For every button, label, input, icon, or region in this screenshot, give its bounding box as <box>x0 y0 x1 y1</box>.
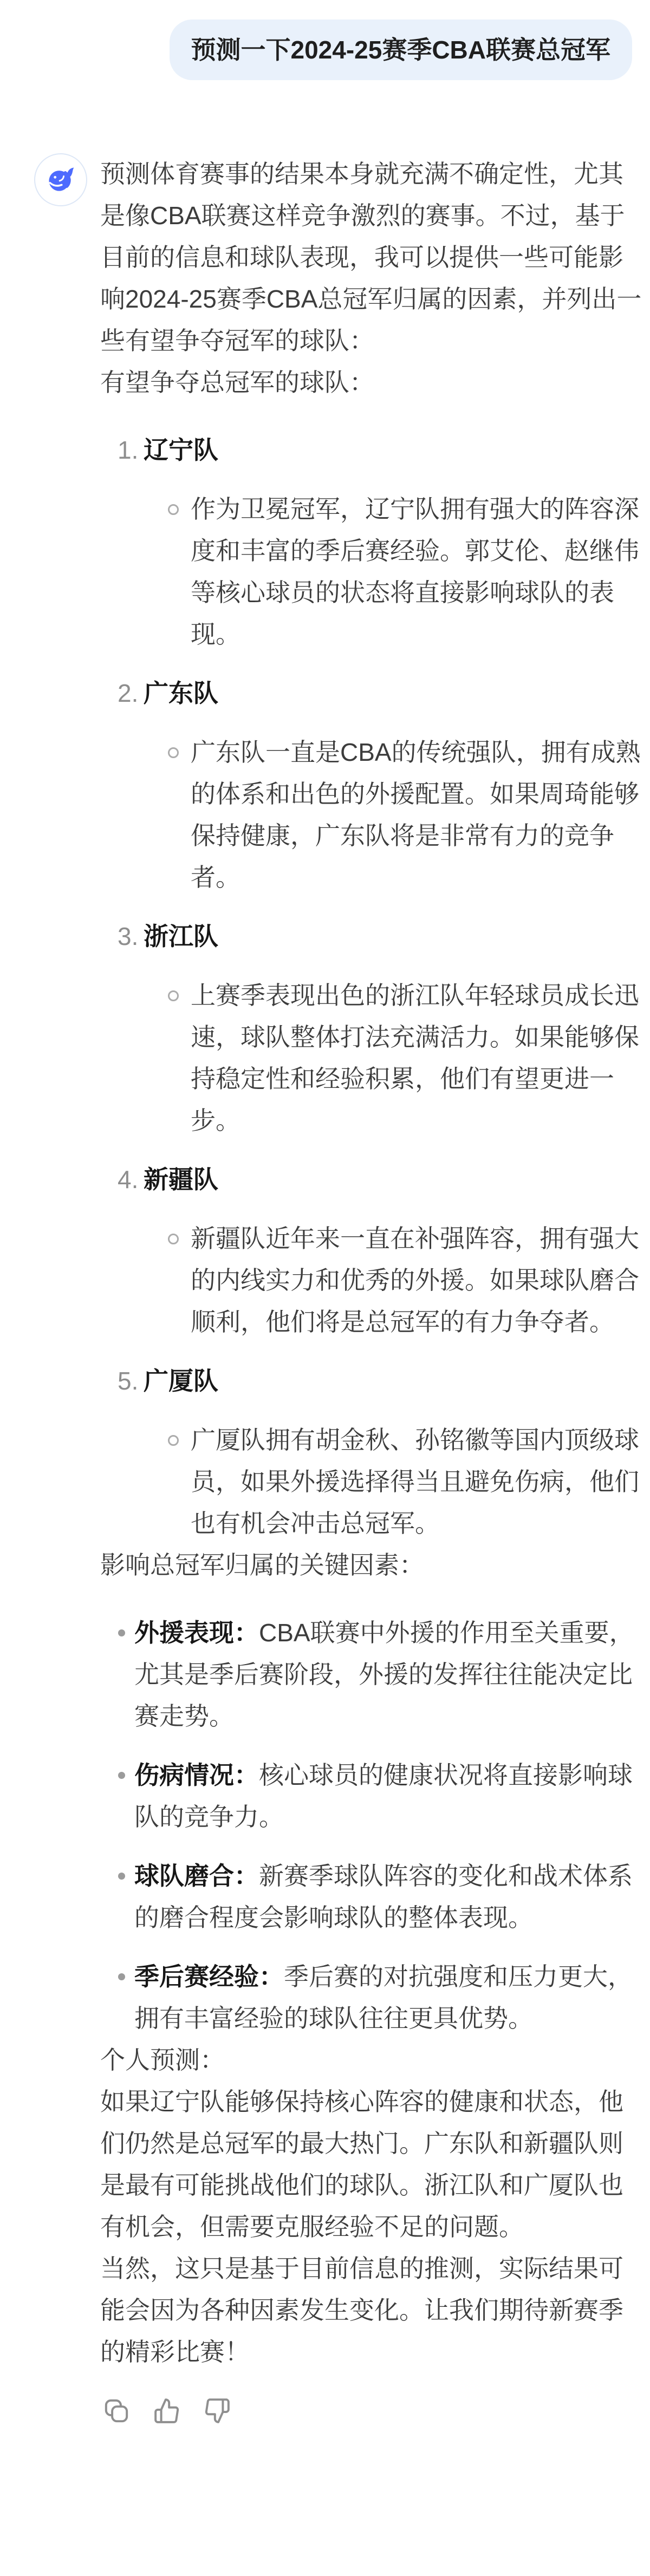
factors-list: 外援表现：CBA联赛中外援的作用至关重要，尤其是季后赛阶段，外援的发挥往往能决定… <box>100 1612 642 2039</box>
circle-bullet-icon <box>168 990 179 1001</box>
prediction-section-title: 个人预测： <box>100 2039 642 2081</box>
factor-label: 外援表现： <box>134 1619 259 1647</box>
teams-section-title: 有望争夺总冠军的球队： <box>100 362 642 403</box>
prediction-paragraph: 如果辽宁队能够保持核心阵容的健康和状态，他们仍然是总冠军的最大热门。广东队和新疆… <box>100 2081 642 2248</box>
team-item: 1. 辽宁队 作为卫冕冠军，辽宁队拥有强大的阵容深度和丰富的季后赛经验。郭艾伦、… <box>100 429 642 655</box>
deepseek-whale-icon <box>44 164 77 196</box>
team-description: 广东队一直是CBA的传统强队，拥有成熟的体系和出色的外援配置。如果周琦能够保持健… <box>191 732 642 898</box>
closing-paragraph: 当然，这只是基于目前信息的推测，实际结果可能会因为各种因素发生变化。让我们期待新… <box>100 2248 642 2373</box>
team-description: 新疆队近年来一直在补强阵容，拥有强大的内线实力和优秀的外援。如果球队磨合顺利，他… <box>191 1218 642 1343</box>
factor-item: 季后赛经验：季后赛的对抗强度和压力更大，拥有丰富经验的球队往往更具优势。 <box>100 1956 642 2039</box>
team-name: 浙江队 <box>144 916 218 957</box>
team-number: 2. <box>118 673 144 714</box>
team-name: 新疆队 <box>144 1159 218 1201</box>
circle-bullet-icon <box>168 747 179 758</box>
team-description: 广厦队拥有胡金秋、孙铭徽等国内顶级球员，如果外援选择得当且避免伤病，他们也有机会… <box>191 1419 642 1544</box>
factors-section-title: 影响总冠军归属的关键因素： <box>100 1544 642 1586</box>
intro-paragraph: 预测体育赛事的结果本身就充满不确定性，尤其是像CBA联赛这样竞争激烈的赛事。不过… <box>100 153 642 362</box>
thumbs-up-button[interactable] <box>153 2397 180 2424</box>
circle-bullet-icon <box>168 504 179 515</box>
assistant-message-row: 预测体育赛事的结果本身就充满不确定性，尤其是像CBA联赛这样竞争激烈的赛事。不过… <box>0 153 650 2424</box>
dot-bullet-icon <box>118 1873 125 1880</box>
dot-bullet-icon <box>118 1629 125 1636</box>
team-number: 3. <box>118 916 144 957</box>
assistant-avatar <box>34 153 87 206</box>
factor-item: 外援表现：CBA联赛中外援的作用至关重要，尤其是季后赛阶段，外援的发挥往往能决定… <box>100 1612 642 1737</box>
factor-label: 伤病情况： <box>134 1761 259 1789</box>
message-actions <box>100 2397 642 2424</box>
dot-bullet-icon <box>118 1973 125 1980</box>
circle-bullet-icon <box>168 1234 179 1244</box>
team-number: 1. <box>118 429 144 471</box>
team-item: 3. 浙江队 上赛季表现出色的浙江队年轻球员成长迅速，球队整体打法充满活力。如果… <box>100 916 642 1142</box>
factor-item: 伤病情况：核心球员的健康状况将直接影响球队的竞争力。 <box>100 1755 642 1838</box>
thumbs-down-button[interactable] <box>204 2397 231 2424</box>
team-description: 作为卫冕冠军，辽宁队拥有强大的阵容深度和丰富的季后赛经验。郭艾伦、赵继伟等核心球… <box>191 488 642 655</box>
user-message-text: 预测一下2024-25赛季CBA联赛总冠军 <box>191 36 610 64</box>
team-name: 辽宁队 <box>144 429 218 471</box>
team-number: 5. <box>118 1360 144 1402</box>
user-message-bubble: 预测一下2024-25赛季CBA联赛总冠军 <box>170 19 632 80</box>
factor-item: 球队磨合：新赛季球队阵容的变化和战术体系的磨合程度会影响球队的整体表现。 <box>100 1855 642 1939</box>
circle-bullet-icon <box>168 1435 179 1446</box>
team-name: 广厦队 <box>144 1360 218 1402</box>
factor-label: 球队磨合： <box>134 1862 259 1890</box>
team-item: 4. 新疆队 新疆队近年来一直在补强阵容，拥有强大的内线实力和优秀的外援。如果球… <box>100 1159 642 1343</box>
copy-button[interactable] <box>103 2397 130 2424</box>
team-number: 4. <box>118 1159 144 1201</box>
team-item: 5. 广厦队 广厦队拥有胡金秋、孙铭徽等国内顶级球员，如果外援选择得当且避免伤病… <box>100 1360 642 1544</box>
team-item: 2. 广东队 广东队一直是CBA的传统强队，拥有成熟的体系和出色的外援配置。如果… <box>100 673 642 898</box>
chat-thread: 预测一下2024-25赛季CBA联赛总冠军 预测体育赛事的结果本身就充满不确定性… <box>0 0 650 2446</box>
thumbs-down-icon <box>204 2397 231 2424</box>
teams-list: 1. 辽宁队 作为卫冕冠军，辽宁队拥有强大的阵容深度和丰富的季后赛经验。郭艾伦、… <box>100 429 642 1544</box>
assistant-message-content: 预测体育赛事的结果本身就充满不确定性，尤其是像CBA联赛这样竞争激烈的赛事。不过… <box>100 153 642 2424</box>
factor-label: 季后赛经验： <box>134 1962 284 1991</box>
team-name: 广东队 <box>144 673 218 714</box>
team-description: 上赛季表现出色的浙江队年轻球员成长迅速，球队整体打法充满活力。如果能够保持稳定性… <box>191 975 642 1142</box>
copy-icon <box>103 2397 130 2424</box>
thumbs-up-icon <box>153 2397 180 2424</box>
user-message-row: 预测一下2024-25赛季CBA联赛总冠军 <box>0 19 650 80</box>
dot-bullet-icon <box>118 1772 125 1779</box>
